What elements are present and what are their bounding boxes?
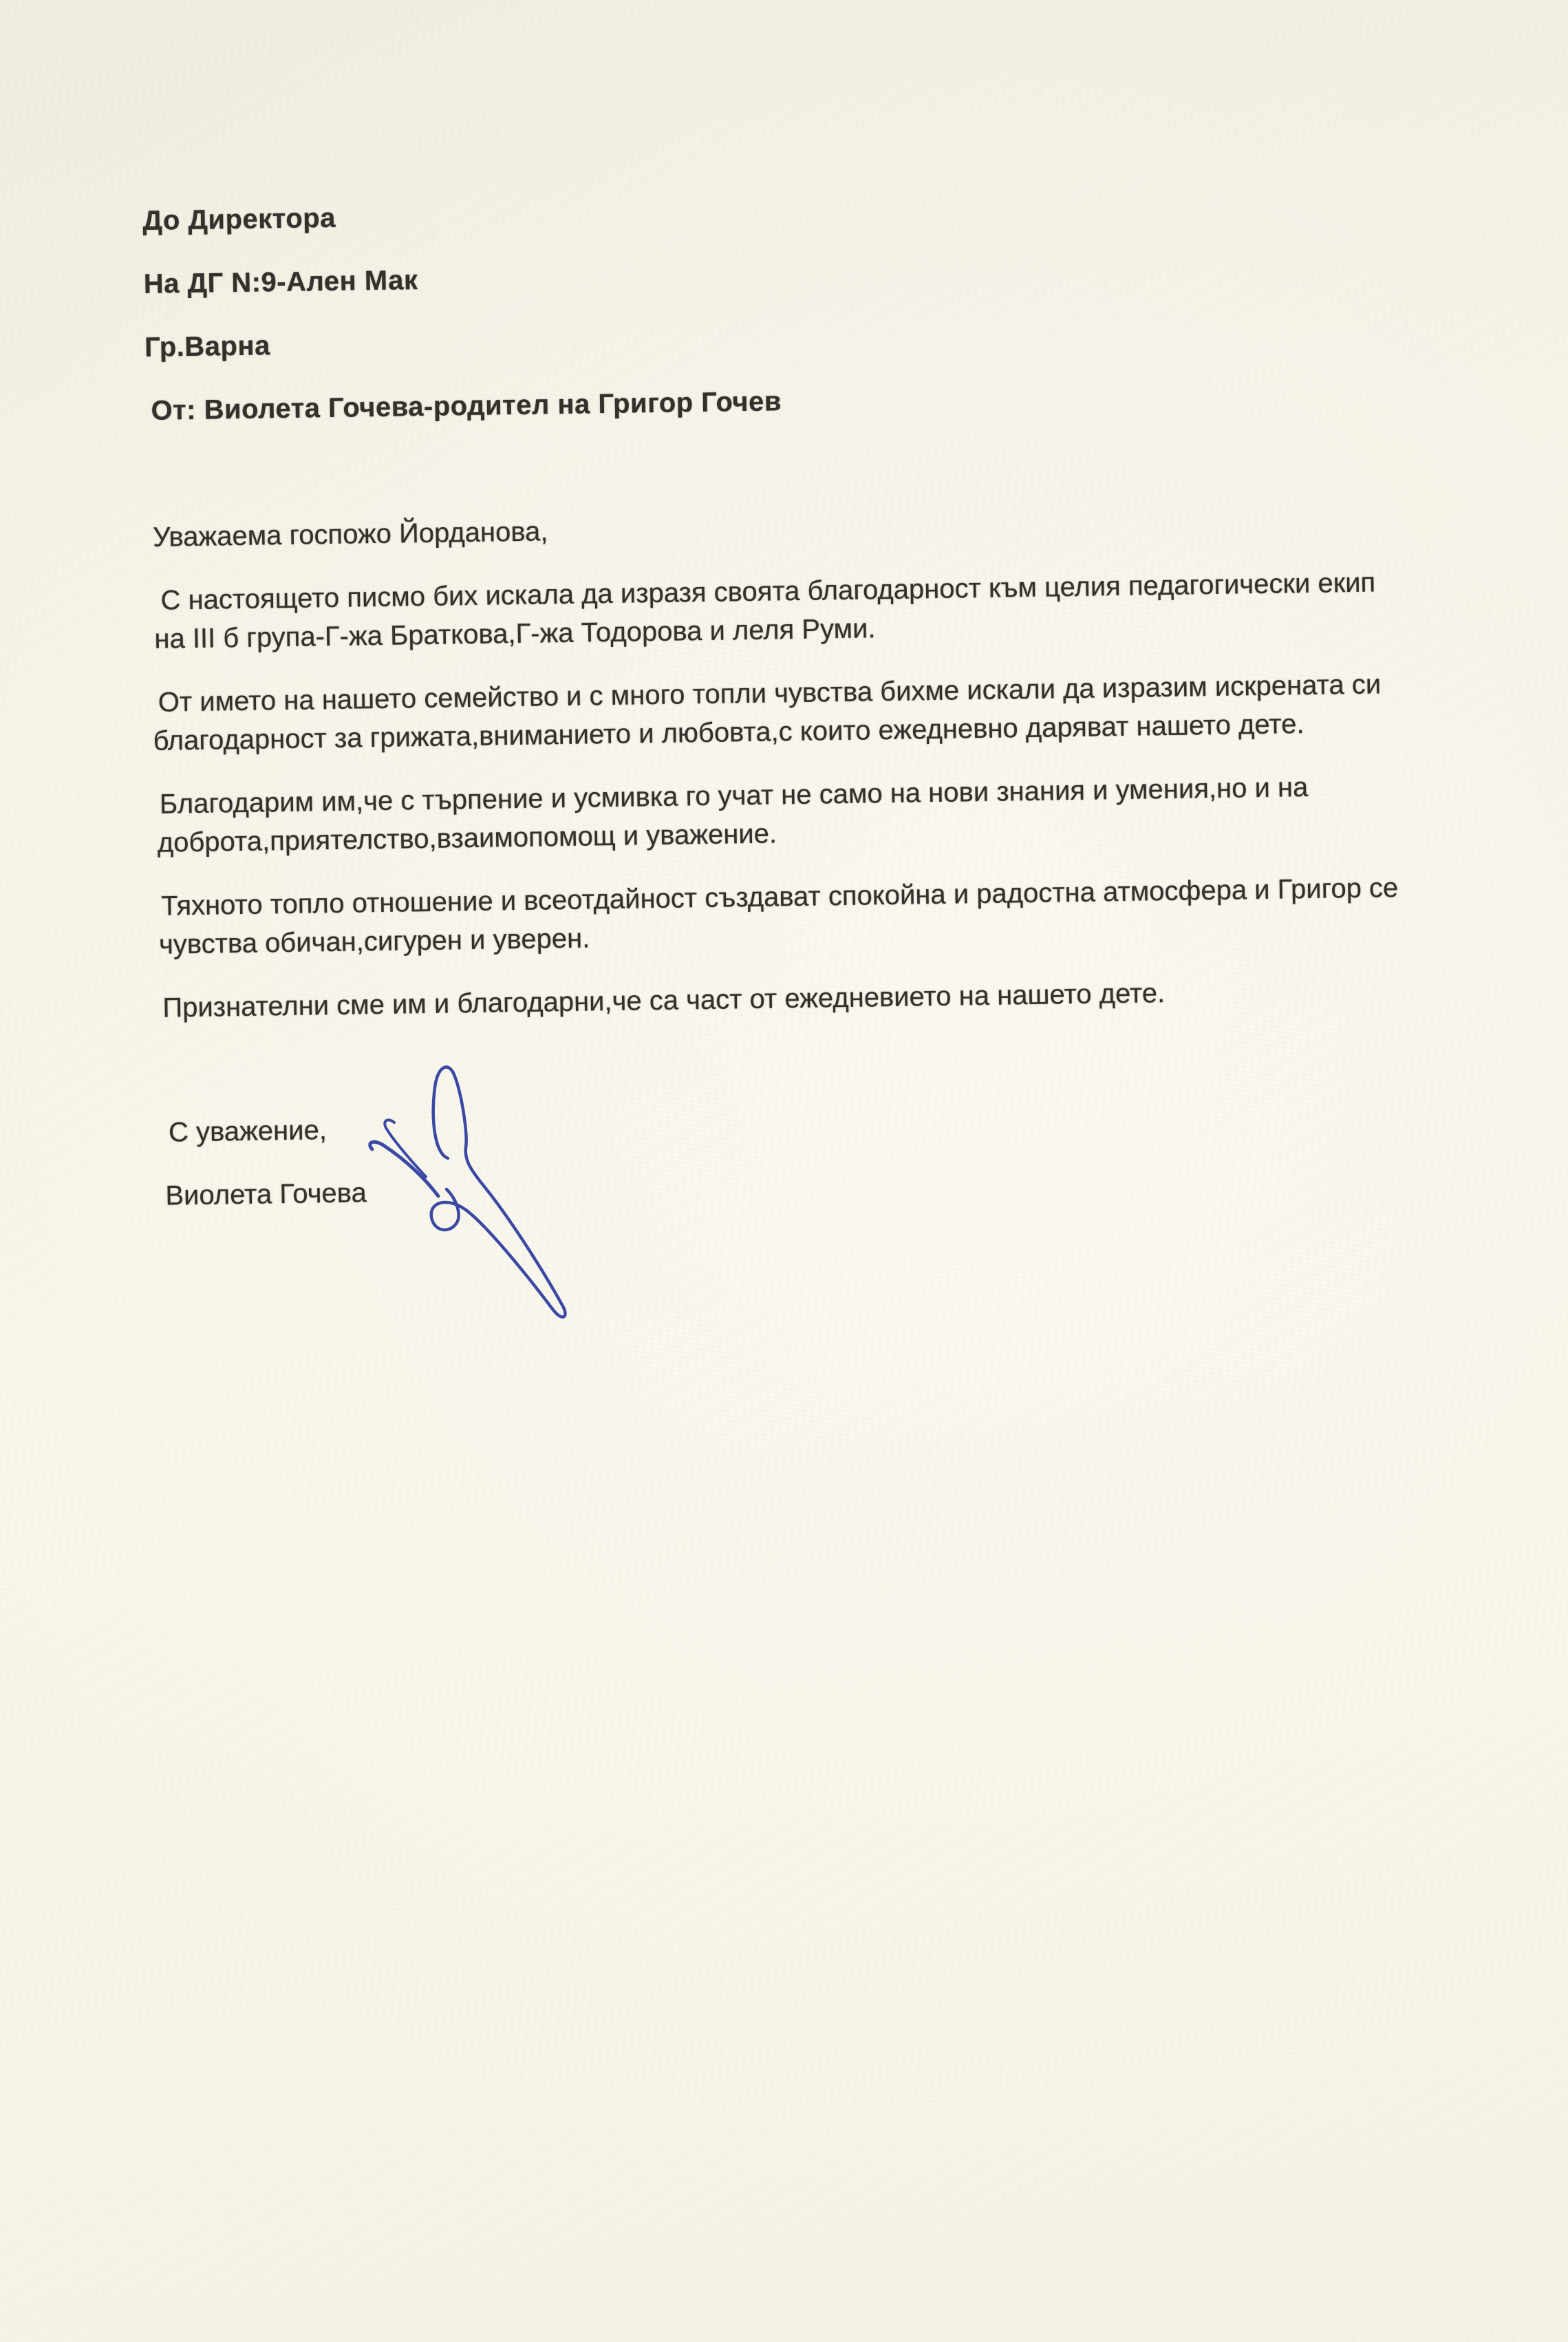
paragraph-2: От името на нашето семейство и с много т…: [149, 663, 1526, 760]
sender-line: От: Виолета Гочева-родител на Григор Гоч…: [145, 371, 1522, 430]
paragraph-5: Признателни сме им и благодарни,че са ча…: [154, 968, 1531, 1028]
paragraph-3: Благодарим им,че с търпение и усмивка го…: [151, 765, 1528, 862]
signature-stroke-main: [431, 1067, 566, 1317]
paragraph-4: Тяхното топло отношение и всеотдайност с…: [153, 866, 1529, 964]
recipient-city-line: Гр.Варна: [144, 308, 1521, 367]
paragraph-1: С настоящето писмо бих искала да изразя …: [148, 561, 1525, 659]
salutation: Уважаема госпожо Йорданова,: [147, 498, 1524, 557]
recipient-title-line: До Директора: [142, 181, 1519, 240]
recipient-institution-line: На ДГ N:9-Ален Мак: [143, 244, 1520, 304]
scanned-letter-page: До Директора На ДГ N:9-Ален Мак Гр.Варна…: [0, 0, 1568, 2342]
handwritten-signature: [347, 1052, 595, 1327]
paragraph-5-line-1: Признателни сме им и благодарни,че са ча…: [154, 968, 1531, 1028]
